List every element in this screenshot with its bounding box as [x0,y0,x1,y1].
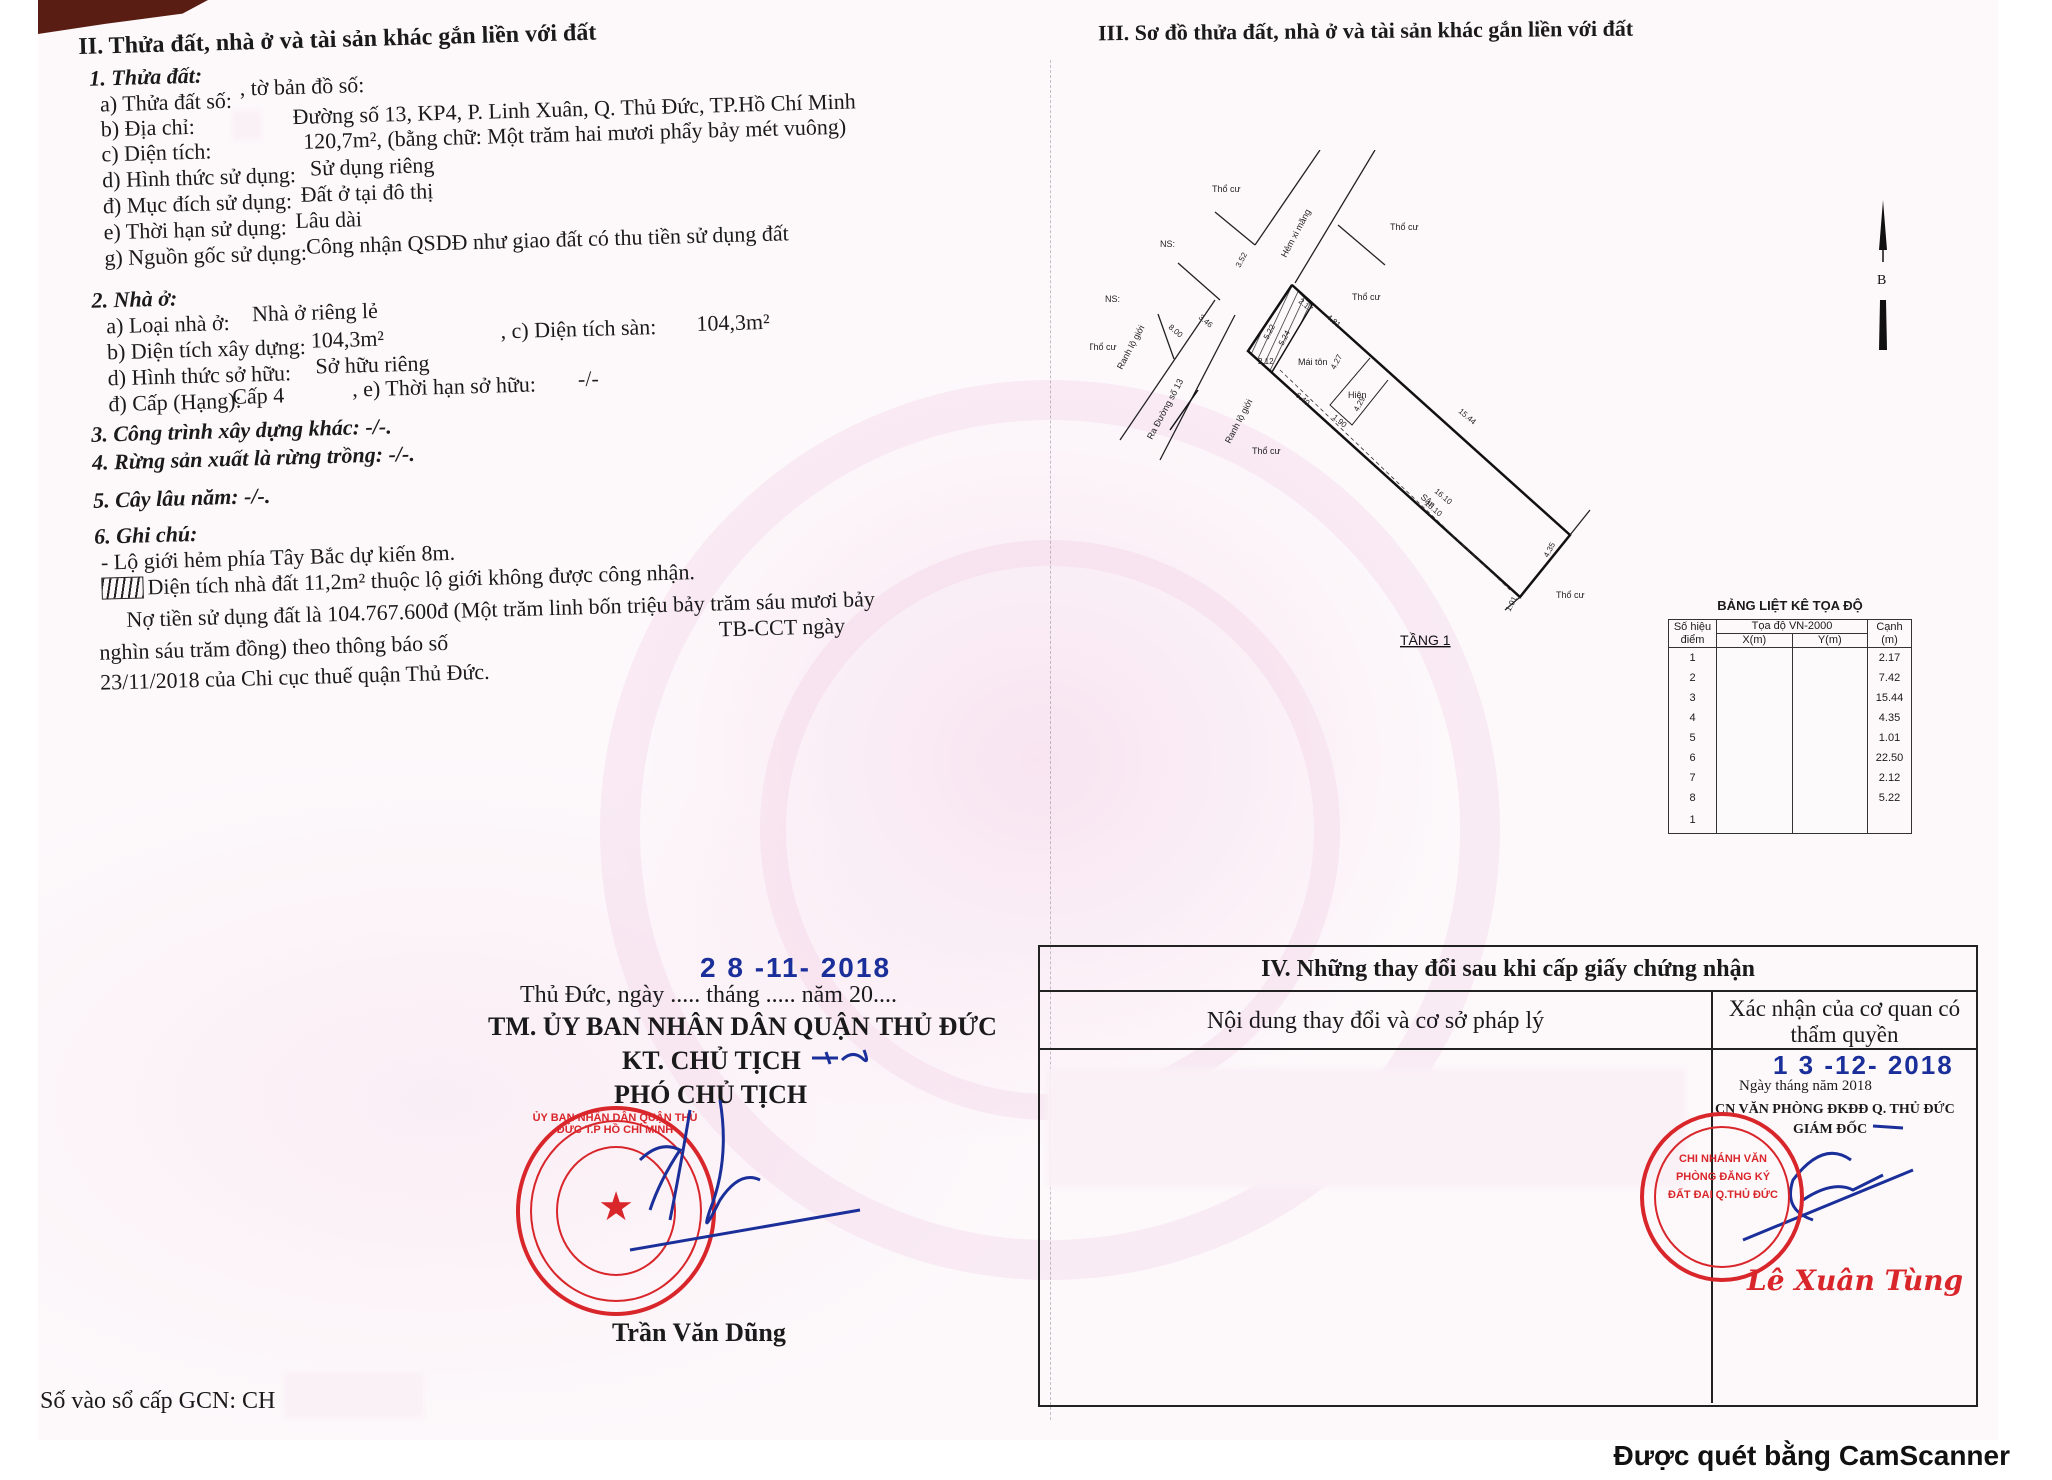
issuing-org: TM. ỦY BAN NHÂN DÂN QUẬN THỦ ĐỨC [488,1012,997,1042]
initials-mark [808,1044,878,1074]
col-authority-confirm: Xác nhận của cơ quan có thẩm quyền [1713,992,1976,1048]
svg-text:3.52: 3.52 [1234,250,1250,268]
hatch-legend-icon [101,576,144,599]
parcel-no-label: a) Thửa đất số: [100,88,233,118]
north-arrow-icon: B [1868,200,1898,360]
change-content-cell [1040,1050,1713,1403]
item-5: 5. Cây lâu năm: -/-. [93,483,271,514]
coordinate-row: 85.22 [1669,788,1912,808]
svg-text:4.35: 4.35 [1542,540,1558,558]
coordinate-row: 622.50 [1669,748,1912,768]
svg-text:Mái tôn: Mái tôn [1298,357,1328,367]
confirm-date-line: Ngày tháng năm 2018 [1739,1078,1872,1095]
house-type-label: a) Loại nhà ở: [106,310,230,339]
house-heading: 2. Nhà ở: [91,285,177,313]
section-2-title: II. Thửa đất, nhà ở và tài sản khác gắn … [78,20,597,61]
svg-text:1.01: 1.01 [1504,594,1520,612]
svg-text:Thổ cư: Thổ cư [1556,590,1585,600]
signer-name: Trần Văn Dũng [612,1318,786,1348]
role-1: KT. CHỦ TỊCH [622,1046,801,1076]
svg-text:3.46: 3.46 [1197,313,1215,330]
col-edge: Cạnh (m) [1868,620,1912,648]
own-term-label: , e) Thời hạn sở hữu: [352,371,537,402]
section-3-title: III. Sơ đồ thửa đất, nhà ở và tài sản kh… [1098,16,1633,47]
office-name: CN VĂN PHÒNG ĐKĐĐ Q. THỦ ĐỨC [1715,1102,1955,1118]
origin-value: Công nhận QSDĐ như giao đất có thu tiền … [306,220,789,259]
use-form-value: Sử dụng riêng [310,152,435,181]
floor-area-label: , c) Diện tích sàn: [500,314,656,344]
confirm-signer-name: Lê Xuân Tùng [1747,1264,1963,1297]
land-heading: 1. Thửa đất: [89,63,202,92]
place-date: Thủ Đức, ngày ..... tháng ..... năm 20..… [520,982,897,1009]
issue-date-stamp: 2 8 -11- 2018 [700,952,891,984]
svg-text:2.12: 2.12 [1258,357,1274,366]
col-y: Y(m) [1792,634,1868,648]
grade-label: đ) Cấp (Hạng): [108,388,242,418]
registry-number-label: Số vào sổ cấp GCN: CH [40,1388,275,1415]
svg-text:Ranh lộ giới: Ranh lộ giới [1223,397,1255,444]
coordinate-row: 27.42 [1669,668,1912,688]
signature-tran-van-dung [620,1100,880,1270]
svg-text:Thổ cư: Thổ cư [1090,342,1117,352]
col-point: Số hiệu điểm [1669,620,1717,648]
svg-text:B: B [1877,273,1886,288]
redacted-change-content [1046,1068,1686,1188]
coordinate-row: 51.01 [1669,728,1912,748]
confirm-date-stamp: 1 3 -12- 2018 [1773,1050,1954,1081]
built-area-value: 104,3m² [310,326,384,354]
svg-text:Hẻm xi măng: Hẻm xi măng [1279,207,1313,259]
section-2: II. Thửa đất, nhà ở và tài sản khác gắn … [0,0,1068,702]
house-type-value: Nhà ở riêng lẻ [252,298,379,328]
parcel-diagram: Thổ cư Thổ cư Thổ cư Thổ cư Thổ cư Thổ c… [1090,150,1650,650]
grade-value: Cấp 4 [232,382,285,409]
svg-text:15.44: 15.44 [1457,407,1479,427]
col-x: X(m) [1717,634,1793,648]
land-office-stamp-text: CHI NHÁNH VĂN PHÒNG ĐĂNG KÝ ĐẤT ĐAI Q.TH… [1668,1150,1778,1204]
debt-line-3: 23/11/2018 của Chi cục thuế quận Thủ Đức… [100,659,490,696]
floor-label: TẦNG 1 [1400,632,1451,648]
svg-text:Thổ cư: Thổ cư [1252,446,1281,456]
debt-line-2a: nghìn sáu trăm đồng) theo thông báo số [99,630,448,666]
coordinate-row: 44.35 [1669,708,1912,728]
svg-text:NS:: NS: [1105,294,1120,304]
coordinate-row: 12.17 [1669,648,1912,668]
col-coord: Tọa độ VN-2000 [1717,620,1868,634]
purpose-value: Đất ở tại đô thị [300,178,433,208]
coordinate-row: 315.44 [1669,688,1912,708]
redacted-registry-number [284,1372,424,1418]
svg-text:Thổ cư: Thổ cư [1352,292,1381,302]
svg-text:4.27: 4.27 [1329,352,1345,370]
floor-area-value: 104,3m² [696,309,770,337]
camscanner-watermark: Được quét bằng CamScanner [1614,1440,2010,1472]
svg-text:16.10: 16.10 [1423,499,1445,519]
origin-label: g) Nguồn gốc sử dụng: [104,240,307,272]
notes-heading: 6. Ghi chú: [94,521,198,550]
svg-text:Ra Đường số 13: Ra Đường số 13 [1145,377,1185,441]
term-value: Lâu dài [295,206,362,234]
redacted-parcel [232,110,262,140]
debt-line-2b: TB-CCT ngày [719,613,846,643]
coordinate-table: BẢNG LIỆT KÊ TỌA ĐỘ Số hiệu điểm Tọa độ … [1668,598,1912,834]
address-label: b) Địa chỉ: [100,114,195,143]
svg-text:8.00: 8.00 [1167,323,1185,340]
map-sheet-label: , tờ bản đồ số: [239,72,364,101]
svg-text:Thổ cư: Thổ cư [1212,184,1241,194]
coordinate-row: 72.12 [1669,768,1912,788]
area-label: c) Diện tích: [101,138,212,167]
section-4-title: IV. Những thay đổi sau khi cấp giấy chứn… [1040,947,1976,992]
section-4-table: IV. Những thay đổi sau khi cấp giấy chứn… [1038,945,1978,1407]
svg-text:NS:: NS: [1160,239,1175,249]
coordinate-row: 1 [1669,808,1912,834]
col-change-content: Nội dung thay đổi và cơ sở pháp lý [1040,992,1713,1048]
svg-text:Thổ cư: Thổ cư [1390,222,1419,232]
own-term-value: -/- [578,366,599,393]
coordinate-table-title: BẢNG LIỆT KÊ TỌA ĐỘ [1668,598,1912,613]
svg-text:Ranh lộ giới: Ranh lộ giới [1115,323,1147,370]
